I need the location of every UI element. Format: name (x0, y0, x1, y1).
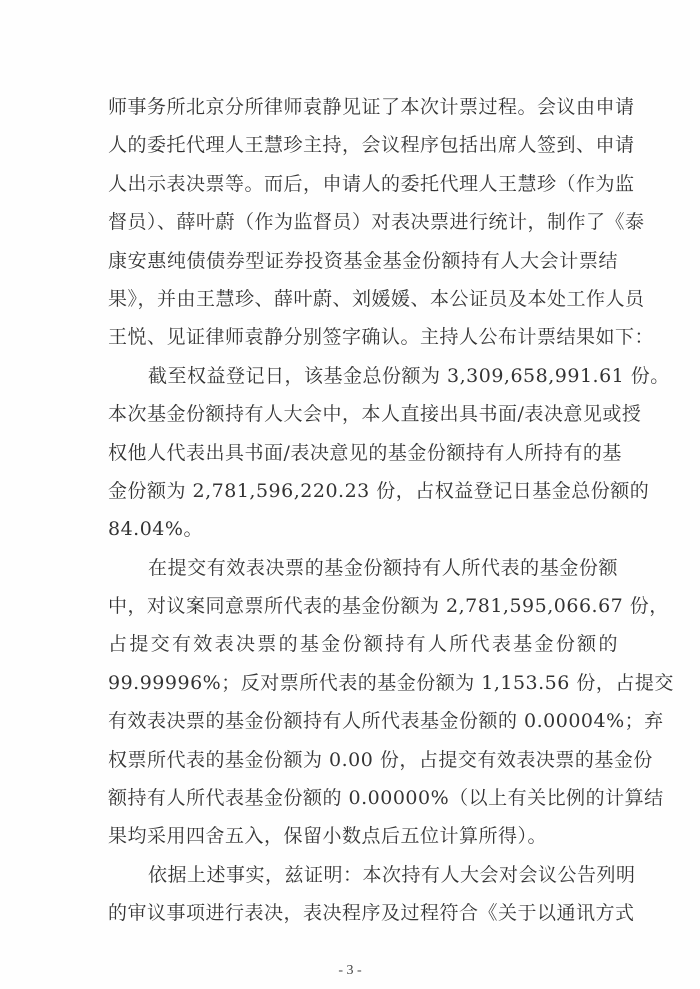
text-line: 康安惠纯债债券型证券投资基金基金份额持有人大会计票结 (108, 242, 618, 280)
page-number: - 3 - (0, 963, 700, 979)
text-line: 额持有人所代表基金份额的 0.00000%（以上有关比例的计算结 (108, 779, 618, 817)
text-line: 权票所代表的基金份额为 0.00 份，占提交有效表决票的基金份 (108, 741, 618, 779)
text-line: 99.99996%；反对票所代表的基金份额为 1,153.56 份，占提交 (108, 664, 618, 702)
text-line: 依据上述事实，兹证明：本次持有人大会对会议公告列明 (108, 856, 618, 894)
text-line: 果均采用四舍五入，保留小数点后五位计算所得）。 (108, 817, 618, 855)
text-line: 84.04%。 (108, 510, 618, 548)
text-line: 督员）、薛叶蔚（作为监督员）对表决票进行统计，制作了《泰 (108, 203, 618, 241)
text-line: 果》，并由王慧珍、薛叶蔚、刘媛媛、本公证员及本处工作人员 (108, 280, 618, 318)
document-page: 师事务所北京分所律师袁静见证了本次计票过程。会议由申请 人的委托代理人王慧珍主持… (0, 0, 700, 989)
document-body: 师事务所北京分所律师袁静见证了本次计票过程。会议由申请 人的委托代理人王慧珍主持… (108, 88, 618, 933)
text-line: 师事务所北京分所律师袁静见证了本次计票过程。会议由申请 (108, 88, 618, 126)
text-line: 王悦、见证律师袁静分别签字确认。主持人公布计票结果如下： (108, 318, 618, 356)
text-line: 在提交有效表决票的基金份额持有人所代表的基金份额 (108, 549, 618, 587)
text-line: 截至权益登记日，该基金总份额为 3,309,658,991.61 份。 (108, 357, 618, 395)
text-line: 权他人代表出具书面/表决意见的基金份额持有人所持有的基 (108, 434, 618, 472)
text-line: 人出示表决票等。而后，申请人的委托代理人王慧珍（作为监 (108, 165, 618, 203)
text-line: 有效表决票的基金份额持有人所代表基金份额的 0.00004%；弃 (108, 702, 618, 740)
text-line: 本次基金份额持有人大会中，本人直接出具书面/表决意见或授 (108, 395, 618, 433)
text-line: 人的委托代理人王慧珍主持，会议程序包括出席人签到、申请 (108, 126, 618, 164)
text-line: 的审议事项进行表决，表决程序及过程符合《关于以通讯方式 (108, 894, 618, 932)
text-line: 中，对议案同意票所代表的基金份额为 2,781,595,066.67 份， (108, 587, 618, 625)
text-line: 占提交有效表决票的基金份额持有人所代表基金份额的 (108, 625, 618, 663)
text-line: 金份额为 2,781,596,220.23 份，占权益登记日基金总份额的 (108, 472, 618, 510)
